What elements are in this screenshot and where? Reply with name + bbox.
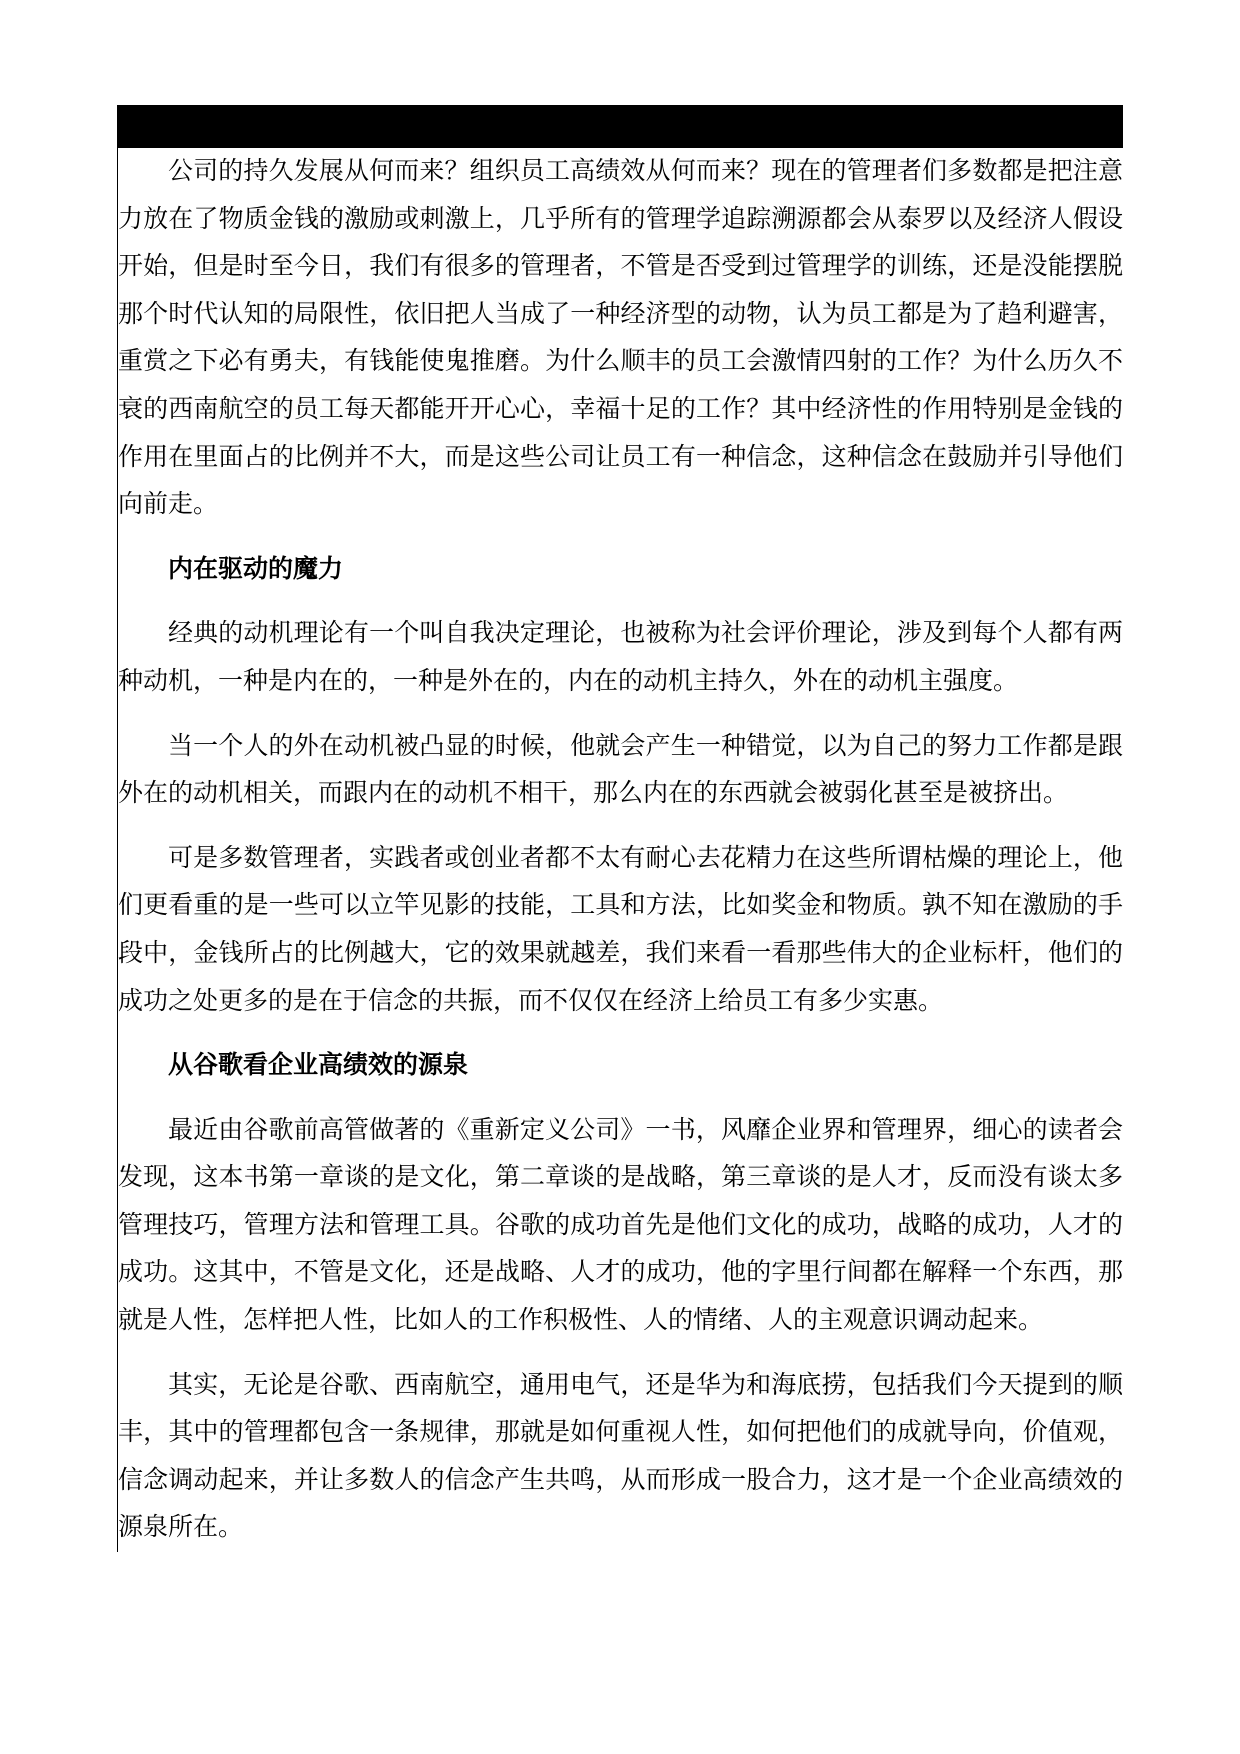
- redacted-title-bar: [118, 105, 1123, 148]
- document-page: 公司的持久发展从何而来？组织员工高绩效从何而来？现在的管理者们多数都是把注意力放…: [0, 0, 1240, 1754]
- section-heading-google-performance: 从谷歌看企业高绩效的源泉: [118, 1042, 1123, 1090]
- paragraph-external-motivation: 当一个人的外在动机被凸显的时候，他就会产生一种错觉，以为自己的努力工作都是跟外在…: [118, 723, 1123, 818]
- article-table-cell: 公司的持久发展从何而来？组织员工高绩效从何而来？现在的管理者们多数都是把注意力放…: [117, 105, 1123, 1552]
- section-heading-inner-drive: 内在驱动的魔力: [118, 546, 1123, 594]
- article-text-block: 公司的持久发展从何而来？组织员工高绩效从何而来？现在的管理者们多数都是把注意力放…: [118, 148, 1123, 1552]
- paragraph-motivation-theory: 经典的动机理论有一个叫自我决定理论，也被称为社会评价理论，涉及到每个人都有两种动…: [118, 610, 1123, 705]
- paragraph-google-book: 最近由谷歌前高管做著的《重新定义公司》一书，风靡企业界和管理界，细心的读者会发现…: [118, 1107, 1123, 1345]
- paragraph-managers-shortcut: 可是多数管理者，实践者或创业者都不太有耐心去花精力在这些所谓枯燥的理论上，他们更…: [118, 835, 1123, 1025]
- paragraph-intro: 公司的持久发展从何而来？组织员工高绩效从何而来？现在的管理者们多数都是把注意力放…: [118, 148, 1123, 529]
- paragraph-conclusion: 其实，无论是谷歌、西南航空，通用电气，还是华为和海底捞，包括我们今天提到的顺丰，…: [118, 1362, 1123, 1552]
